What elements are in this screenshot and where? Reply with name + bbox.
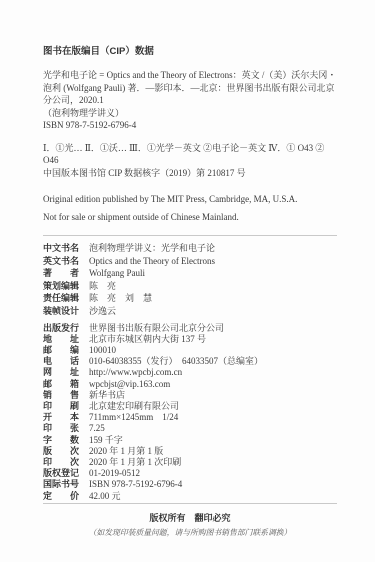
info-value: 陈 亮 刘 慧 xyxy=(89,292,152,305)
info-row: 英文书名 Optics and the Theory of Electrons xyxy=(43,255,337,268)
info-row: 印 刷 北京建宏印刷有限公司 xyxy=(43,401,337,412)
info-label: 印 刷 xyxy=(43,401,81,412)
info-label: 开 本 xyxy=(43,412,81,423)
info-row: 地 址 北京市东城区朝内大街 137 号 xyxy=(43,334,337,345)
classification-line: Ⅰ．①光… Ⅱ．①沃… Ⅲ．①光学－英文 ②电子论－英文 Ⅳ．① O43 ② O… xyxy=(43,142,337,167)
info-row: 责任编辑 陈 亮 刘 慧 xyxy=(43,292,337,305)
info-row: 定 价 42.00 元 xyxy=(43,491,337,502)
info-label: 版 次 xyxy=(43,446,81,457)
info-row: 邮 编 100010 xyxy=(43,345,337,356)
info-value: 42.00 元 xyxy=(89,491,121,502)
info-label: 国际书号 xyxy=(43,479,81,490)
original-edition-note: Original edition published by The MIT Pr… xyxy=(43,193,337,206)
info-value: http://www.wpcbj.com.cn xyxy=(89,367,182,378)
info-row: 版 次 2020 年 1 月第 1 版 xyxy=(43,446,337,457)
info-label: 装帧设计 xyxy=(43,305,81,318)
info-row: 印 次 2020 年 1 月第 1 次印刷 xyxy=(43,457,337,468)
info-row: 版权登记 01-2019-0512 xyxy=(43,468,337,479)
info-label: 责任编辑 xyxy=(43,292,81,305)
info-label: 字 数 xyxy=(43,435,81,446)
info-value: Optics and the Theory of Electrons xyxy=(89,255,215,268)
info-row: 印 张 7.25 xyxy=(43,423,337,434)
info-value: ISBN 978-7-5192-6796-4 xyxy=(89,479,182,490)
info-row: 中文书名 泡利物理学讲义：光学和电子论 xyxy=(43,242,337,255)
info-row: 字 数 159 千字 xyxy=(43,435,337,446)
info-label: 销 售 xyxy=(43,390,81,401)
divider-line xyxy=(43,503,337,504)
info-value: 711mm×1245mm 1/24 xyxy=(89,412,178,423)
info-row: 网 址 http://www.wpcbj.com.cn xyxy=(43,367,337,378)
info-row: 开 本 711mm×1245mm 1/24 xyxy=(43,412,337,423)
info-value: 陈 亮 xyxy=(89,280,116,293)
rights-notice: 版权所有 翻印必究 xyxy=(43,512,337,524)
info-row: 电 话 010-64038355（发行） 64033507（总编室） xyxy=(43,356,337,367)
publication-info-section: 出版发行 世界图书出版有限公司北京分公司 地 址 北京市东城区朝内大街 137 … xyxy=(43,323,337,502)
info-label: 地 址 xyxy=(43,334,81,345)
info-label: 印 次 xyxy=(43,457,81,468)
info-value: 沙逸云 xyxy=(89,305,116,318)
cip-description: 光学和电子论 = Optics and the Theory of Electr… xyxy=(43,69,339,107)
info-value: wpcbjst@vip.163.com xyxy=(89,379,170,390)
info-row: 装帧设计 沙逸云 xyxy=(43,305,337,318)
info-value: 2020 年 1 月第 1 版 xyxy=(89,446,163,457)
info-label: 定 价 xyxy=(43,491,81,502)
info-label: 中文书名 xyxy=(43,242,81,255)
info-value: 北京市东城区朝内大街 137 号 xyxy=(89,334,206,345)
info-label: 版权登记 xyxy=(43,468,81,479)
info-value: 北京建宏印刷有限公司 xyxy=(89,401,179,412)
info-row: 国际书号 ISBN 978-7-5192-6796-4 xyxy=(43,479,337,490)
info-row: 销 售 新华书店 xyxy=(43,390,337,401)
info-label: 邮 编 xyxy=(43,345,81,356)
sale-restriction-note: Not for sale or shipment outside of Chin… xyxy=(43,211,337,224)
info-value: 01-2019-0512 xyxy=(89,468,140,479)
info-label: 出版发行 xyxy=(43,323,81,334)
series-note: （泡利物理学讲义） xyxy=(43,107,337,120)
info-label: 英文书名 xyxy=(43,255,81,268)
info-value: 100010 xyxy=(89,345,116,356)
cip-record-line: 中国版本图书馆 CIP 数据核字（2019）第 210817 号 xyxy=(43,167,337,180)
info-value: 泡利物理学讲义：光学和电子论 xyxy=(89,242,215,255)
info-row: 策划编辑 陈 亮 xyxy=(43,280,337,293)
quality-note: （如发现印装质量问题，请与所购图书销售部门联系调换） xyxy=(43,527,337,538)
info-row: 邮 箱 wpcbjst@vip.163.com xyxy=(43,379,337,390)
info-label: 著 者 xyxy=(43,267,81,280)
info-label: 邮 箱 xyxy=(43,379,81,390)
info-value: 159 千字 xyxy=(89,435,123,446)
copyright-page: 图书在版编目（CIP）数据 光学和电子论 = Optics and the Th… xyxy=(0,0,375,562)
info-label: 策划编辑 xyxy=(43,280,81,293)
info-label: 印 张 xyxy=(43,423,81,434)
divider-line xyxy=(43,235,337,236)
info-value: 新华书店 xyxy=(89,390,125,401)
cip-data-header: 图书在版编目（CIP）数据 xyxy=(43,45,337,58)
info-label: 网 址 xyxy=(43,367,81,378)
info-row: 著 者 Wolfgang Pauli xyxy=(43,267,337,280)
info-label: 电 话 xyxy=(43,356,81,367)
info-value: 世界图书出版有限公司北京分公司 xyxy=(89,323,224,334)
book-info-section: 中文书名 泡利物理学讲义：光学和电子论 英文书名 Optics and the … xyxy=(43,242,337,318)
info-value: 7.25 xyxy=(89,423,105,434)
isbn-line: ISBN 978-7-5192-6796-4 xyxy=(43,119,337,132)
info-value: Wolfgang Pauli xyxy=(89,267,145,280)
info-row: 出版发行 世界图书出版有限公司北京分公司 xyxy=(43,323,337,334)
info-value: 010-64038355（发行） 64033507（总编室） xyxy=(89,356,263,367)
info-value: 2020 年 1 月第 1 次印刷 xyxy=(89,457,181,468)
